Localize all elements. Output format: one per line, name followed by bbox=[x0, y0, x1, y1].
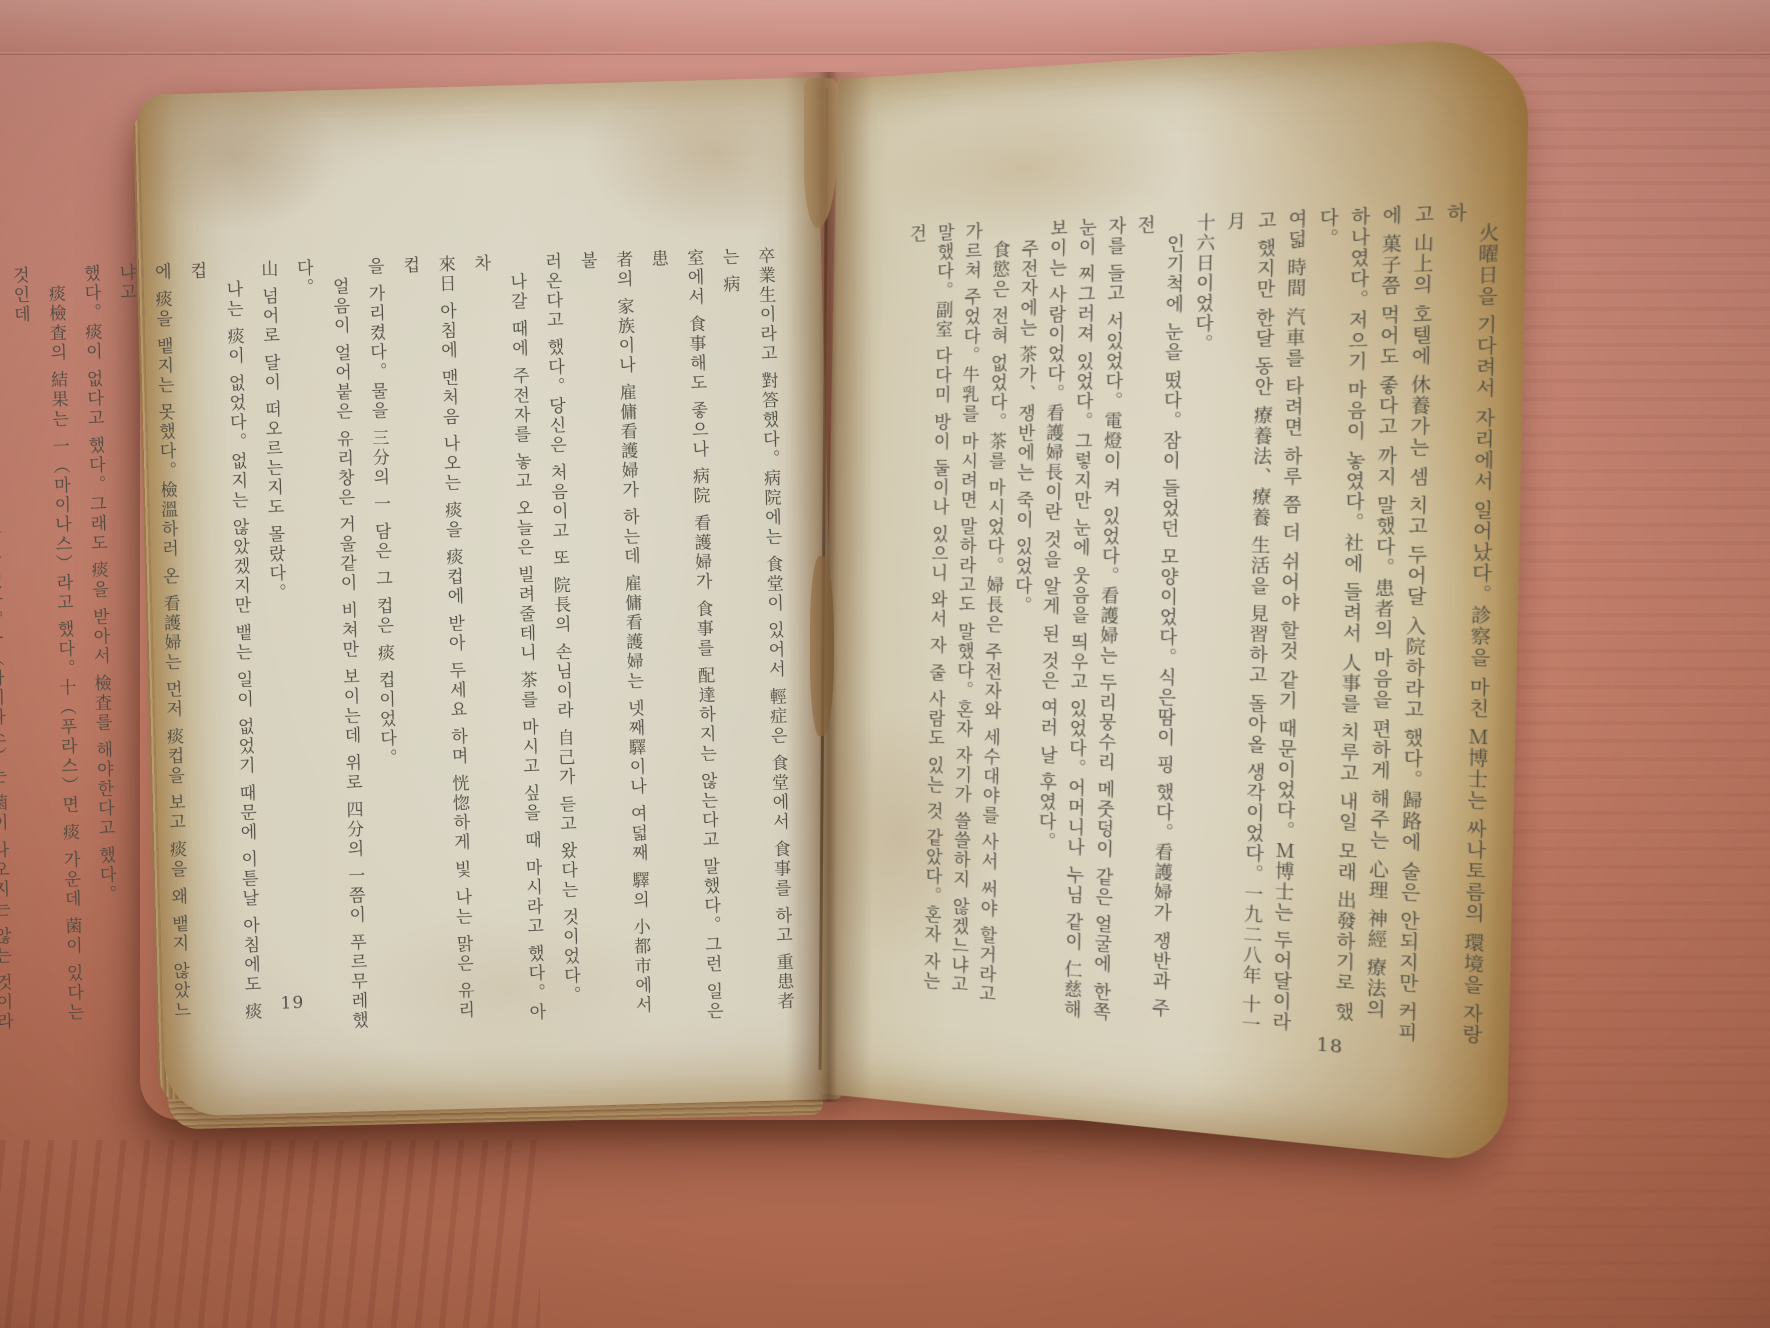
paper-stain bbox=[126, 78, 340, 233]
wood-grain-bottom-left bbox=[0, 1140, 540, 1328]
book-page-right: 火曜日을 기다려서 자리에서 일어났다。診察을 마친 Ｍ博士는 싸나토름의 環境… bbox=[819, 35, 1530, 1164]
wood-grain-right bbox=[1492, 55, 1770, 1328]
page-number: 19 bbox=[280, 993, 304, 1014]
vertical-text-block-right: 火曜日을 기다려서 자리에서 일어났다。診察을 마친 Ｍ博士는 싸나토름의 環境… bbox=[1021, 201, 1502, 1057]
wood-grain-top bbox=[0, 0, 1770, 52]
vertical-text-block-left: 卒業生이라고 對答했다。病院에는 食堂이 있어서 輕症은 食堂에서 食事를 하고… bbox=[209, 246, 801, 1035]
wood-table: { "colors": { "table_wood": "#c28270", "… bbox=[0, 0, 1770, 1328]
spine-tear bbox=[810, 556, 834, 736]
book-page-left: 卒業生이라고 對答했다。病院에는 食堂이 있어서 輕症은 食堂에서 食事를 하고… bbox=[139, 77, 844, 1116]
page-number: 18 bbox=[1316, 1034, 1343, 1058]
